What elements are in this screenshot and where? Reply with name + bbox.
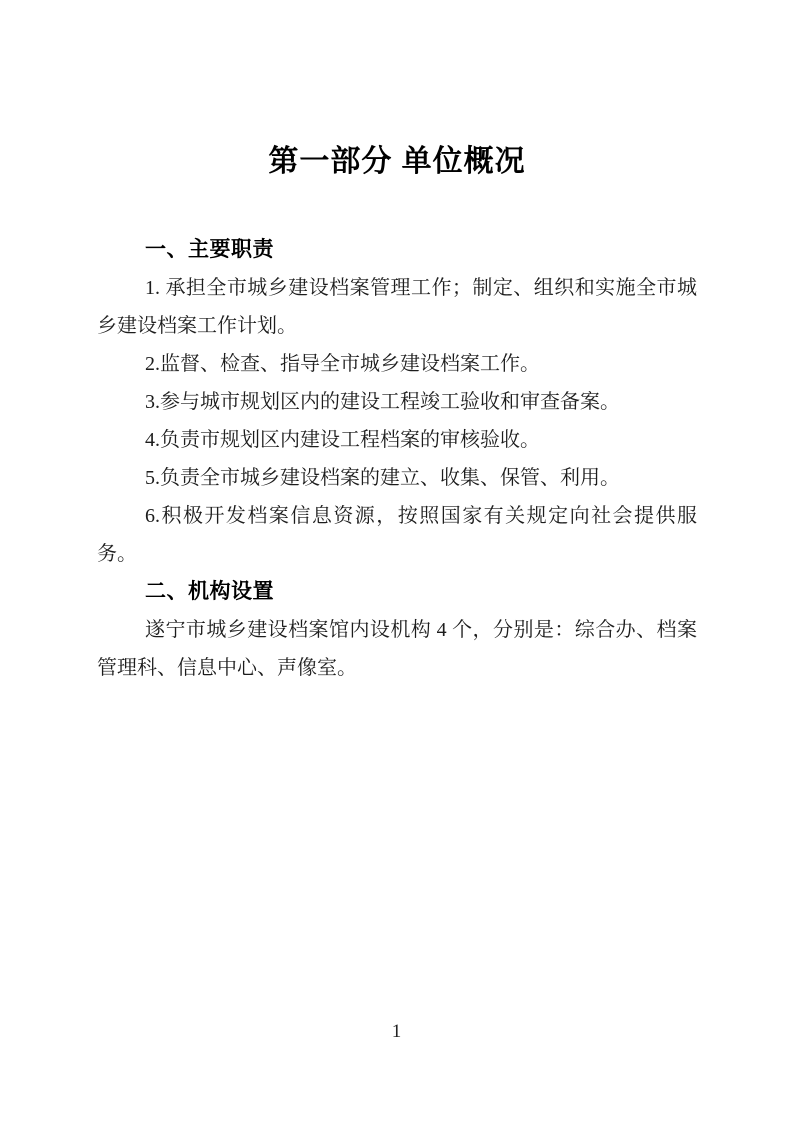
document-content: 第一部分 单位概况 一、主要职责 1. 承担全市城乡建设档案管理工作；制定、组织… xyxy=(97,141,697,687)
section-heading-main-duties: 一、主要职责 xyxy=(97,231,697,269)
section-org-setup: 二、机构设置 遂宁市城乡建设档案馆内设机构 4 个，分别是：综合办、档案管理科、… xyxy=(97,573,697,687)
page-number: 1 xyxy=(0,1020,793,1044)
paragraph-duty-3: 3.参与城市规划区内的建设工程竣工验收和审查备案。 xyxy=(97,383,697,421)
document-page: 第一部分 单位概况 一、主要职责 1. 承担全市城乡建设档案管理工作；制定、组织… xyxy=(0,0,793,1122)
document-title: 第一部分 单位概况 xyxy=(97,141,697,183)
paragraph-duty-4: 4.负责市规划区内建设工程档案的审核验收。 xyxy=(97,421,697,459)
section-heading-org-setup: 二、机构设置 xyxy=(97,573,697,611)
paragraph-duty-5: 5.负责全市城乡建设档案的建立、收集、保管、利用。 xyxy=(97,459,697,497)
paragraph-org-setup: 遂宁市城乡建设档案馆内设机构 4 个，分别是：综合办、档案管理科、信息中心、声像… xyxy=(97,611,697,687)
section-main-duties: 一、主要职责 1. 承担全市城乡建设档案管理工作；制定、组织和实施全市城乡建设档… xyxy=(97,231,697,573)
paragraph-duty-2: 2.监督、检查、指导全市城乡建设档案工作。 xyxy=(97,345,697,383)
paragraph-duty-1: 1. 承担全市城乡建设档案管理工作；制定、组织和实施全市城乡建设档案工作计划。 xyxy=(97,269,697,345)
paragraph-duty-6: 6.积极开发档案信息资源，按照国家有关规定向社会提供服务。 xyxy=(97,497,697,573)
